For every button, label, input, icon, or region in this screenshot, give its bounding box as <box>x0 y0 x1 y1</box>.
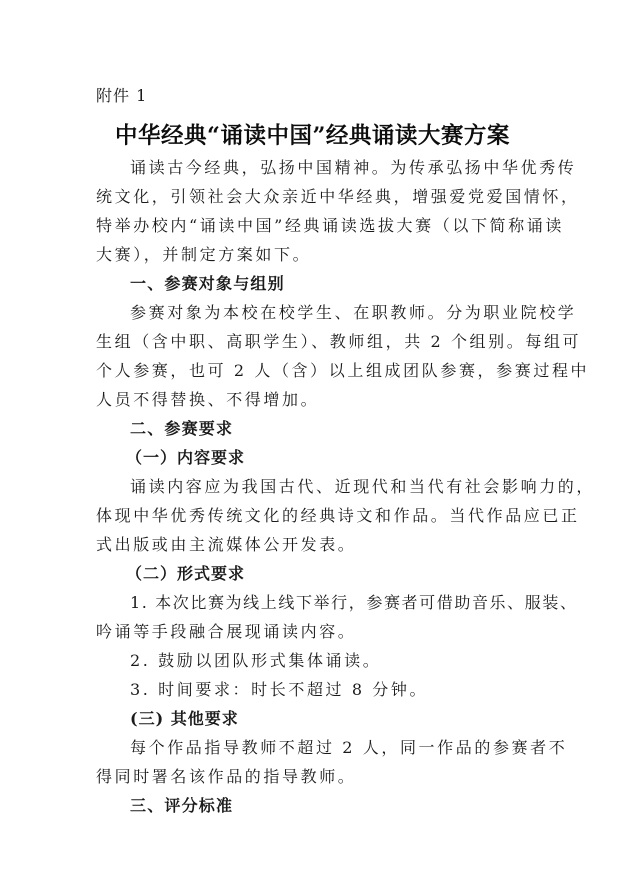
section-heading: 三、评分标准 <box>130 796 233 816</box>
body-line: 生组（含中职、高职学生）、教师组，共 2 个组别。每组可 <box>96 332 581 352</box>
attachment-label: 附件 1 <box>96 86 147 106</box>
body-line: 式出版或由主流媒体公开发表。 <box>96 535 356 555</box>
intro-line: 大赛），并制定方案如下。 <box>96 245 311 265</box>
body-line: 吟诵等手段融合展现诵读内容。 <box>96 622 356 642</box>
subsection-heading: （一）内容要求 <box>126 448 245 468</box>
subsection-heading: （二）形式要求 <box>126 564 245 584</box>
intro-line: 统文化，引领社会大众亲近中华经典，增强爱党爱国情怀， <box>96 187 580 207</box>
body-line: 3. 时间要求：时长不超过 8 分钟。 <box>130 680 428 700</box>
body-line: 2. 鼓励以团队形式集体诵读。 <box>130 651 381 671</box>
subsection-heading: (三) 其他要求 <box>130 709 239 729</box>
section-heading: 一、参赛对象与组别 <box>130 274 285 294</box>
body-line: 个人参赛，也可 2 人（含）以上组成团队参赛，参赛过程中 <box>96 361 589 381</box>
body-line: 参赛对象为本校在校学生、在职教师。分为职业院校学 <box>130 303 576 323</box>
intro-line: 诵读古今经典，弘扬中国精神。为传承弘扬中华优秀传 <box>130 158 576 178</box>
document-title: 中华经典“诵读中国”经典诵读大赛方案 <box>0 118 625 150</box>
body-line: 诵读内容应为我国古代、近现代和当代有社会影响力的， <box>130 477 595 497</box>
body-line: 1. 本次比赛为线上线下举行，参赛者可借助音乐、服装、 <box>130 593 578 613</box>
section-heading: 二、参赛要求 <box>130 419 233 439</box>
body-line: 人员不得替换、不得增加。 <box>96 390 319 410</box>
body-line: 得同时署名该作品的指导教师。 <box>96 767 356 787</box>
body-line: 体现中华优秀传统文化的经典诗文和作品。当代作品应已正 <box>96 506 580 526</box>
intro-line: 特举办校内“诵读中国”经典诵读选拔大赛（以下简称诵读 <box>96 216 564 236</box>
body-line: 每个作品指导教师不超过 2 人，同一作品的参赛者不 <box>130 738 567 758</box>
document-page: 附件 1 中华经典“诵读中国”经典诵读大赛方案 诵读古今经典，弘扬中国精神。为传… <box>0 0 625 884</box>
